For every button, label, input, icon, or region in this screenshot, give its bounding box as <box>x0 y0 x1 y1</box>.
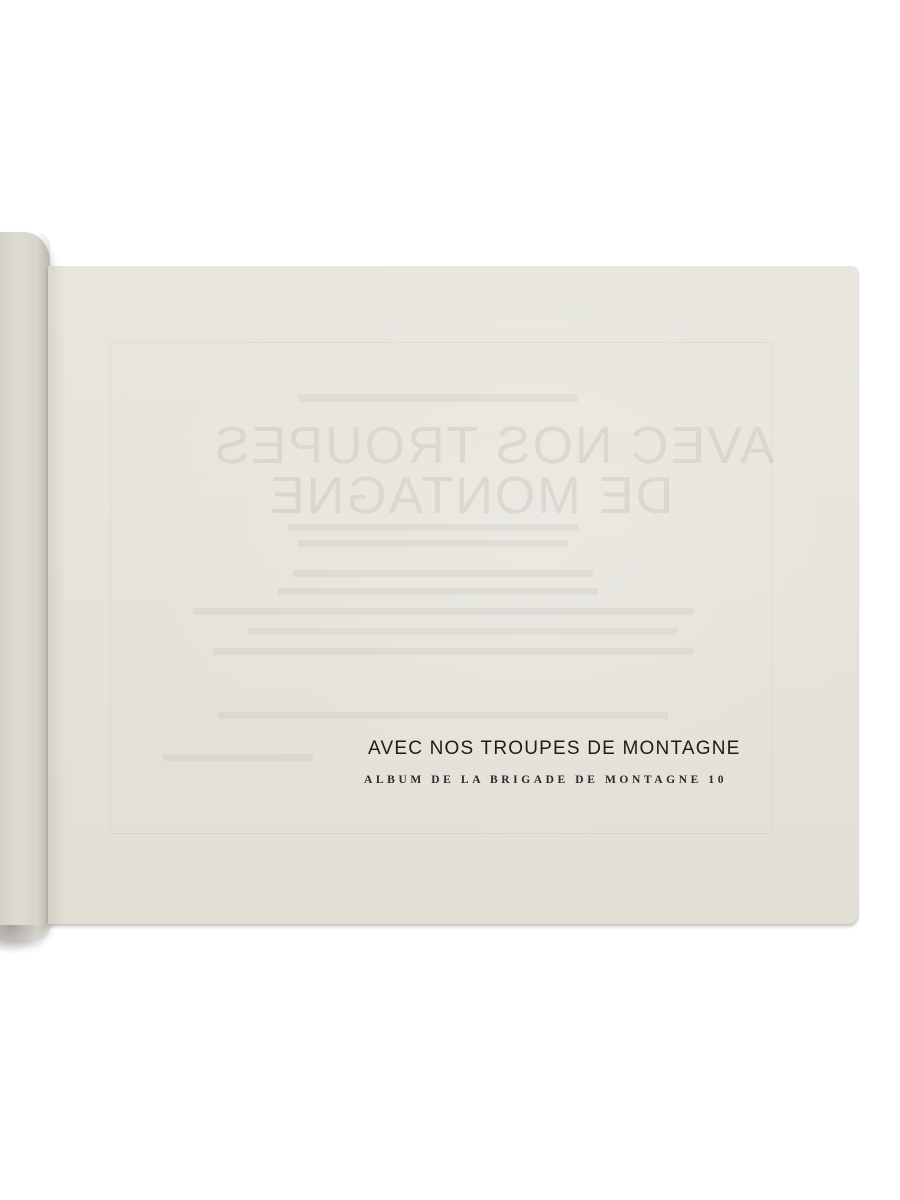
show-through-line <box>278 588 598 595</box>
album-title: AVEC NOS TROUPES DE MONTAGNE <box>368 738 740 760</box>
title-page: AVEC NOS TROUPES DE MONTAGNE AVEC NOS TR… <box>48 266 858 924</box>
left-page-curl <box>0 232 50 940</box>
photo-scene: AVEC NOS TROUPES DE MONTAGNE AVEC NOS TR… <box>0 0 900 1200</box>
show-through-line <box>298 394 578 402</box>
show-through-line <box>163 754 313 761</box>
show-through-line <box>288 524 578 531</box>
show-through-line <box>298 540 568 547</box>
show-through-line <box>193 608 693 615</box>
show-through-line <box>248 628 678 635</box>
left-page-shadow <box>0 925 40 955</box>
show-through-line <box>293 570 593 577</box>
show-through-title-2: DE MONTAGNE <box>268 466 673 526</box>
album-subtitle: ALBUM DE LA BRIGADE DE MONTAGNE 10 <box>364 774 727 786</box>
show-through-line <box>213 648 693 655</box>
show-through-line <box>218 712 668 719</box>
